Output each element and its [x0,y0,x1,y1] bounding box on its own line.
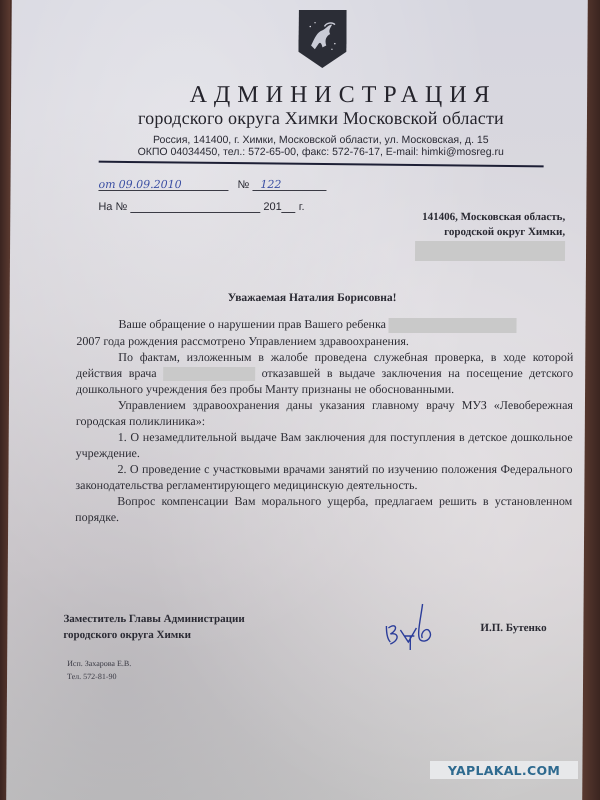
organization-title: АДМИНИСТРАЦИЯ [183,82,503,109]
redacted-child-name [389,318,517,333]
executor-name: Исп. Захарова Е.В. [67,657,131,670]
recipient-address: 141406, Московская область, городской ок… [395,210,565,266]
date-value: 09.09.2010 [119,178,182,191]
date-prefix: от [98,178,115,191]
reply-label: На № [98,201,127,213]
reply-year-prefix: 201 [263,201,281,213]
executor-phone: Тел. 572-81-90 [67,670,131,683]
khimki-coat-of-arms-icon [298,10,346,68]
address-line-1: Россия, 141400, г. Химки, Московской обл… [121,134,521,146]
redacted-recipient [415,241,565,261]
paragraph-4: 1. О незамедлительной выдаче Вам заключе… [76,429,573,461]
handwritten-signature [382,600,442,655]
signatory-title: Заместитель Главы Администрации городско… [63,611,244,643]
number-value: 122 [260,178,281,191]
paragraph-3: Управлением здравоохранения даны указани… [76,397,573,429]
organization-address: Россия, 141400, г. Химки, Московской обл… [121,134,521,158]
executor-info: Исп. Захарова Е.В. Тел. 572-81-90 [67,657,131,683]
recipient-line-1: 141406, Московская область, [395,210,565,225]
letter-body: Ваше обращение о нарушении прав Вашего р… [75,316,573,525]
paragraph-6: Вопрос компенсации Вам морального ущерба… [75,493,572,525]
header-divider [99,161,544,168]
reply-reference-line: На № 201 г. [98,200,304,213]
organization-subtitle: городского округа Химки Московской облас… [101,108,541,129]
signatory-name: И.П. Бутенко [480,622,546,634]
redacted-doctor-name [163,367,255,381]
site-watermark: YAPLAKAL.COM [430,761,578,779]
paragraph-5: 2. О проведение с участковыми врачами за… [75,461,572,493]
outgoing-date-line: от 09.09.2010 № 122 [98,178,326,191]
paragraph-1: Ваше обращение о нарушении прав Вашего р… [76,316,573,349]
paragraph-2: По фактам, изложенным в жалобе проведена… [76,349,573,397]
reply-year-suffix: г. [299,201,305,213]
recipient-line-2: городской округ Химки, [395,225,565,240]
letter-sheet: АДМИНИСТРАЦИЯ городского округа Химки Мо… [6,0,588,800]
letter-greeting: Уважаемая Наталия Борисовна! [228,292,397,304]
number-label: № [238,179,250,191]
address-line-2: ОКПО 04034450, тел.: 572-65-00, факс: 57… [121,146,521,158]
